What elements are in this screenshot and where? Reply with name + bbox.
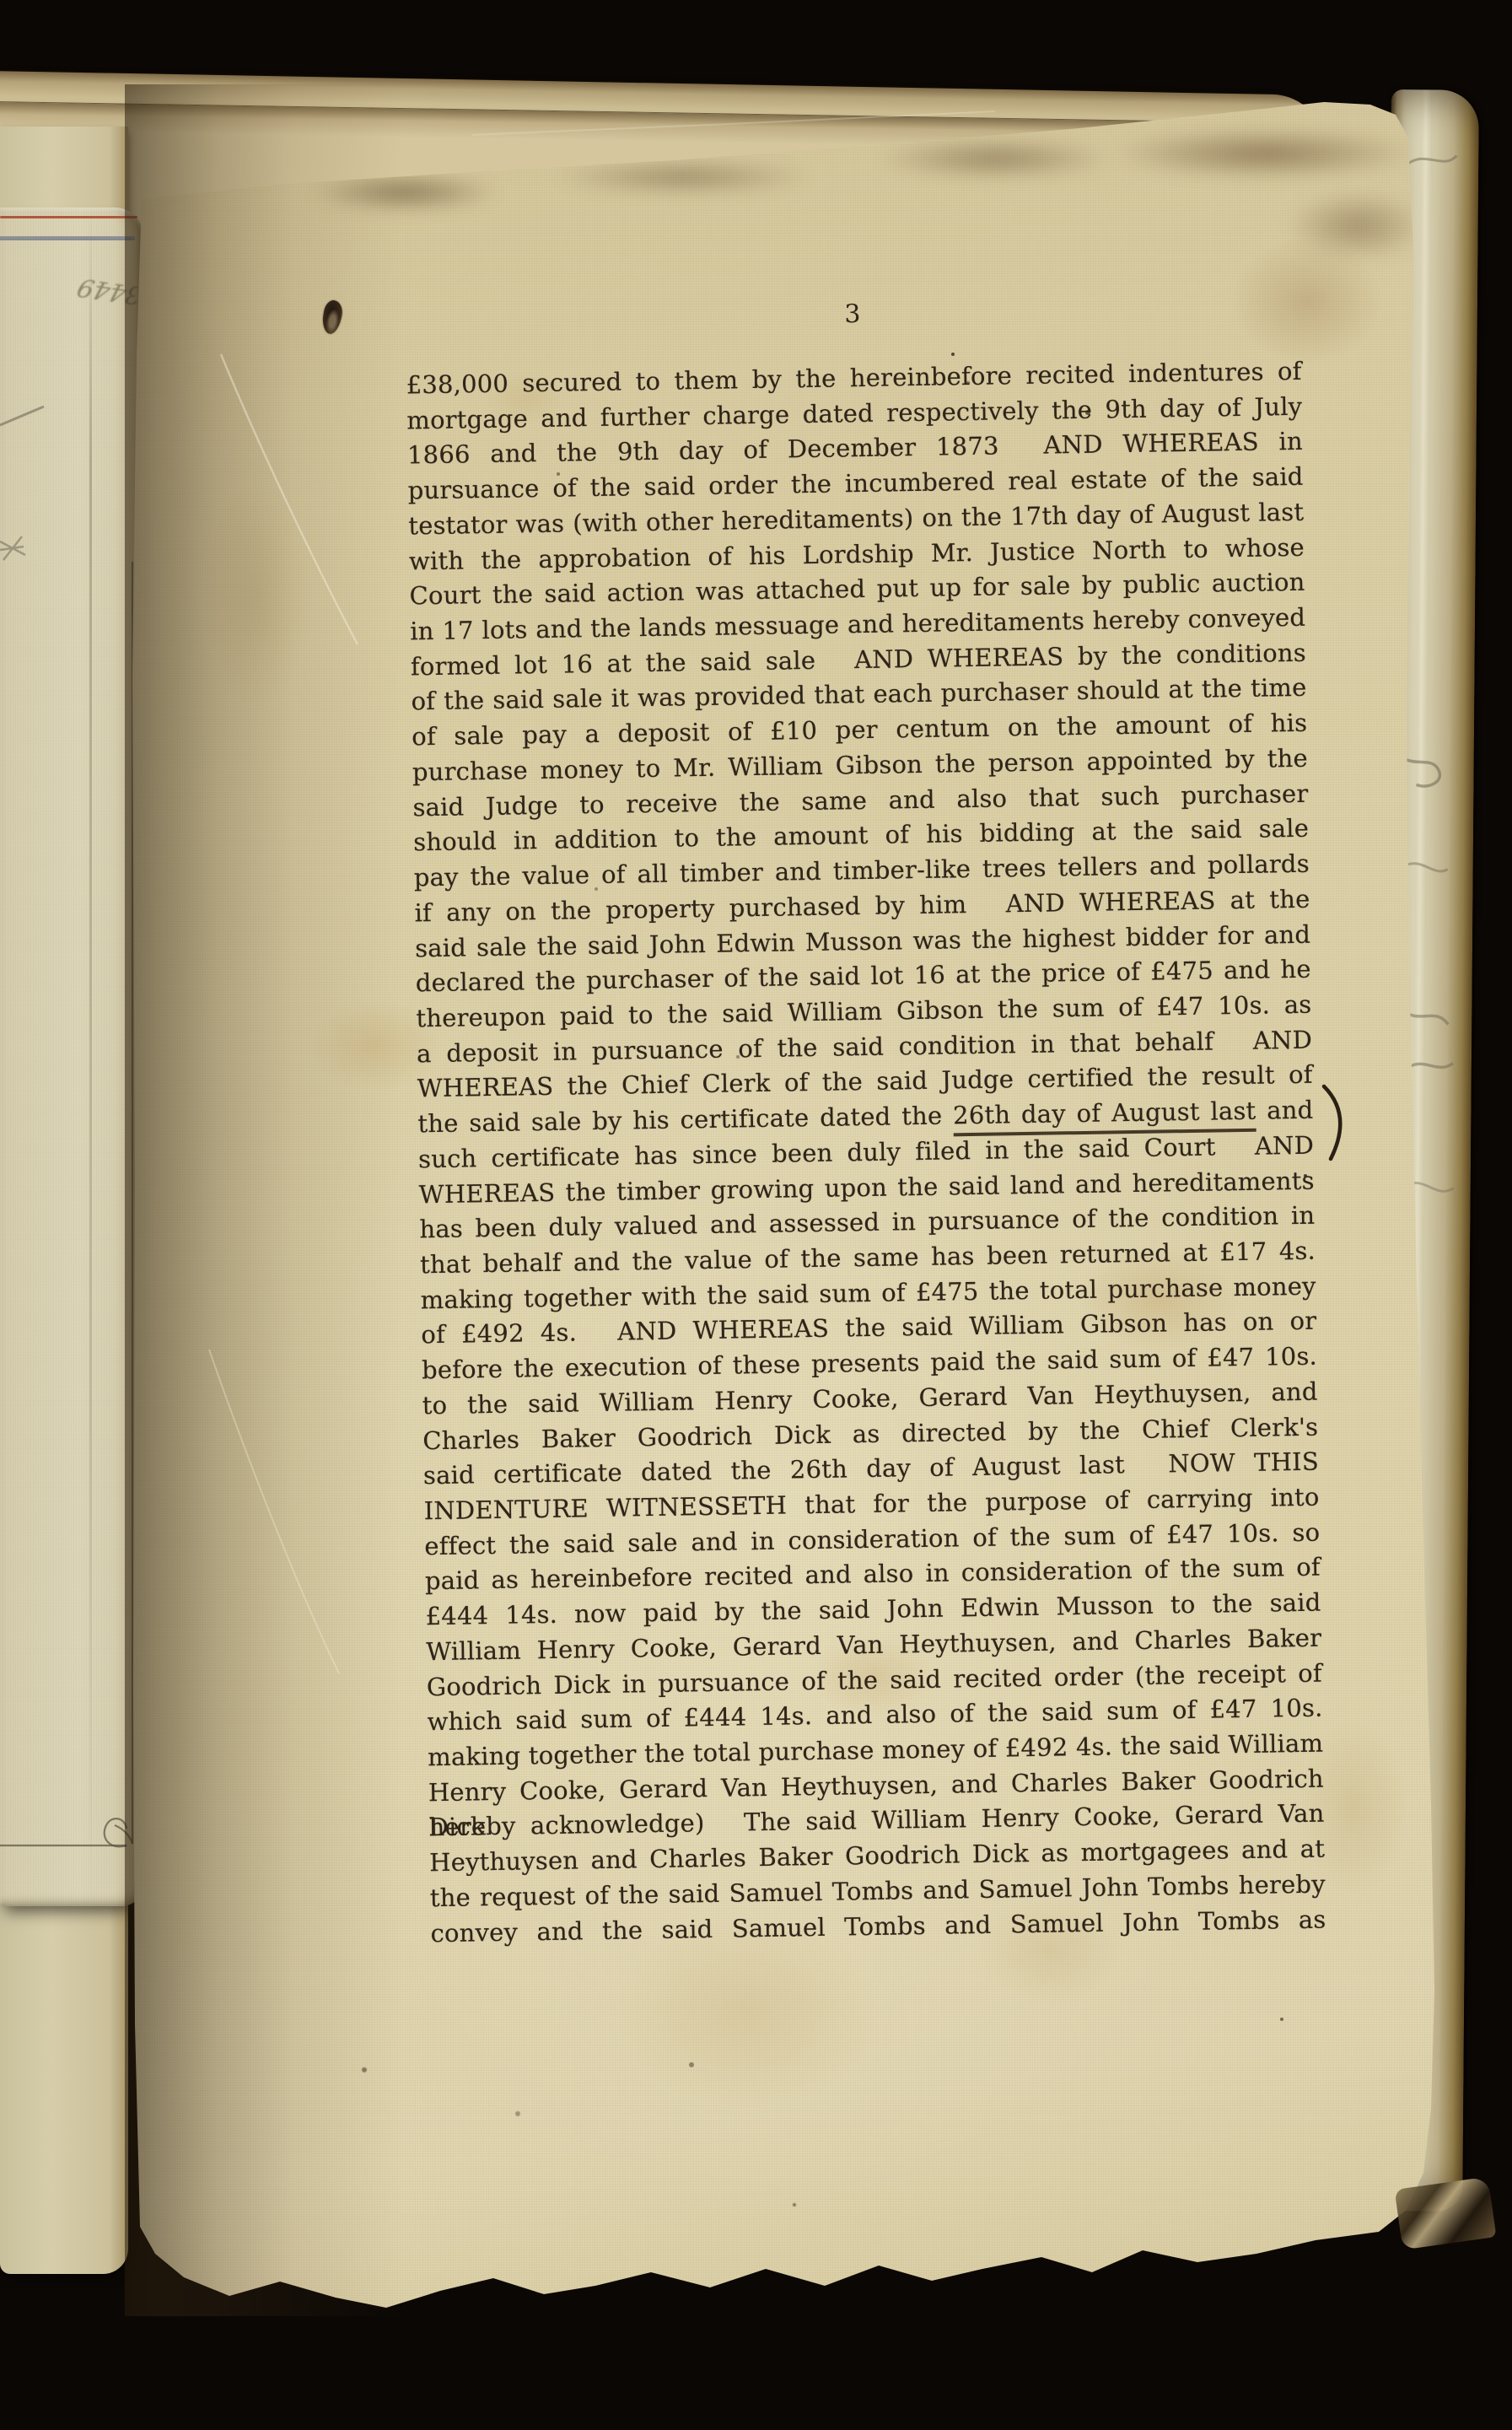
margin-paren-mark: [1317, 1081, 1351, 1166]
line-segment: and: [1256, 1096, 1313, 1125]
crease-highlight: [472, 111, 995, 135]
paren-stroke: [1324, 1086, 1340, 1159]
document-text: 3 £38,000 secured to them by the hereinb…: [405, 290, 1326, 1952]
crease-highlight: [221, 354, 358, 644]
book-photo: 3449 3 £38,000 secured to them by the he…: [0, 0, 1512, 2430]
document-body: £38,000 secured to them by the hereinbef…: [406, 354, 1326, 1952]
line-segment: the said sale by his certificate dated t…: [417, 1101, 953, 1138]
crease-highlight: [209, 1350, 339, 1673]
crumpled-page-corner: [1395, 2177, 1497, 2250]
